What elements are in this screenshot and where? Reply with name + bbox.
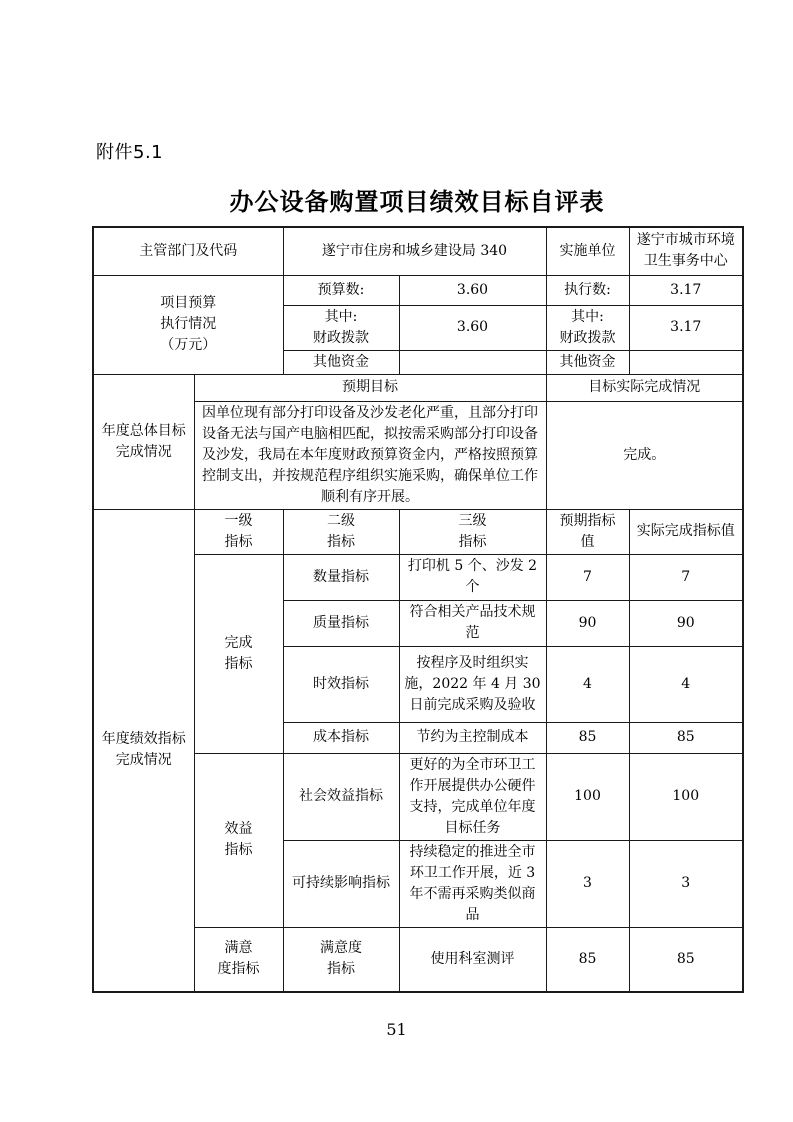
table-row-indicator-header: 年度绩效指标 完成情况 一级 指标 二级 指标 三级 指标 预期指标 值 实际完… [93, 509, 743, 554]
completion-group-cell: 完成 指标 [194, 554, 283, 753]
expected-value-header-cell: 预期指标 值 [546, 509, 629, 554]
quality-desc-cell: 符合相关产品技术规范 [399, 600, 546, 646]
page-number: 51 [0, 1020, 793, 1039]
timeliness-desc-cell: 按程序及时组织实施，2022 年 4 月 30 日前完成采购及验收 [399, 646, 546, 722]
satisfaction-group-cell: 满意 度指标 [194, 927, 283, 992]
satisfaction-actual-cell: 85 [629, 927, 743, 992]
attachment-label: 附件5.1 [96, 138, 163, 164]
document-page: 附件5.1 办公设备购置项目绩效目标自评表 主管部门及代码 遂宁市住房和城乡建设… [0, 0, 793, 1122]
actual-value-header-cell: 实际完成指标值 [629, 509, 743, 554]
budget-fiscal-value-cell: 3.60 [399, 305, 546, 350]
social-benefit-actual-cell: 100 [629, 753, 743, 840]
budget-exec-label-cell: 执行数: [546, 275, 629, 305]
social-benefit-desc-cell: 更好的为全市环卫工作开展提供办公硬件支持，完成单位年度目标任务 [399, 753, 546, 840]
cost-expected-cell: 85 [546, 722, 629, 753]
quantity-expected-cell: 7 [546, 554, 629, 600]
expected-goal-header-cell: 预期目标 [194, 374, 546, 401]
timeliness-expected-cell: 4 [546, 646, 629, 722]
satisfaction-expected-cell: 85 [546, 927, 629, 992]
timeliness-label-cell: 时效指标 [283, 646, 399, 722]
exec-other-label-cell: 其他资金 [546, 350, 629, 374]
sustainability-label-cell: 可持续影响指标 [283, 840, 399, 927]
satisfaction-desc-cell: 使用科室测评 [399, 927, 546, 992]
table-row-budget-1: 项目预算 执行情况 （万元） 预算数: 3.60 执行数: 3.17 [93, 275, 743, 305]
sustainability-actual-cell: 3 [629, 840, 743, 927]
quantity-desc-cell: 打印机 5 个、沙发 2 个 [399, 554, 546, 600]
quality-expected-cell: 90 [546, 600, 629, 646]
quality-label-cell: 质量指标 [283, 600, 399, 646]
budget-section-label-cell: 项目预算 执行情况 （万元） [93, 275, 283, 374]
budget-plan-label-cell: 预算数: [283, 275, 399, 305]
budget-other-value-cell [399, 350, 546, 374]
sustainability-expected-cell: 3 [546, 840, 629, 927]
level1-header-cell: 一级 指标 [194, 509, 283, 554]
actual-goal-text-cell: 完成。 [546, 401, 743, 509]
budget-plan-value-cell: 3.60 [399, 275, 546, 305]
impl-unit-value-cell: 遂宁市城市环境 卫生事务中心 [629, 227, 743, 275]
cost-actual-cell: 85 [629, 722, 743, 753]
overall-goal-label-cell: 年度总体目标 完成情况 [93, 374, 194, 509]
level2-header-cell: 二级 指标 [283, 509, 399, 554]
benefit-group-cell: 效益 指标 [194, 753, 283, 927]
dept-code-label-cell: 主管部门及代码 [93, 227, 283, 275]
indicators-section-label-cell: 年度绩效指标 完成情况 [93, 509, 194, 992]
satisfaction-label-cell: 满意度 指标 [283, 927, 399, 992]
table-row-dept: 主管部门及代码 遂宁市住房和城乡建设局 340 实施单位 遂宁市城市环境 卫生事… [93, 227, 743, 275]
cost-desc-cell: 节约为主控制成本 [399, 722, 546, 753]
impl-unit-label-cell: 实施单位 [546, 227, 629, 275]
expected-goal-text-cell: 因单位现有部分打印设备及沙发老化严重，且部分打印设备无法与国产电脑相匹配，拟按需… [194, 401, 546, 509]
timeliness-actual-cell: 4 [629, 646, 743, 722]
social-benefit-expected-cell: 100 [546, 753, 629, 840]
quality-actual-cell: 90 [629, 600, 743, 646]
sustainability-desc-cell: 持续稳定的推进全市环卫工作开展，近 3 年不需再采购类似商品 [399, 840, 546, 927]
exec-fiscal-value-cell: 3.17 [629, 305, 743, 350]
table-row-goal-header: 年度总体目标 完成情况 预期目标 目标实际完成情况 [93, 374, 743, 401]
quantity-label-cell: 数量指标 [283, 554, 399, 600]
budget-exec-value-cell: 3.17 [629, 275, 743, 305]
exec-other-value-cell [629, 350, 743, 374]
exec-fiscal-label-cell: 其中: 财政拨款 [546, 305, 629, 350]
dept-code-value-cell: 遂宁市住房和城乡建设局 340 [283, 227, 546, 275]
actual-goal-header-cell: 目标实际完成情况 [546, 374, 743, 401]
cost-label-cell: 成本指标 [283, 722, 399, 753]
quantity-actual-cell: 7 [629, 554, 743, 600]
page-title: 办公设备购置项目绩效目标自评表 [92, 182, 742, 217]
social-benefit-label-cell: 社会效益指标 [283, 753, 399, 840]
budget-fiscal-label-cell: 其中: 财政拨款 [283, 305, 399, 350]
self-eval-table: 主管部门及代码 遂宁市住房和城乡建设局 340 实施单位 遂宁市城市环境 卫生事… [92, 226, 744, 993]
level3-header-cell: 三级 指标 [399, 509, 546, 554]
budget-other-label-cell: 其他资金 [283, 350, 399, 374]
